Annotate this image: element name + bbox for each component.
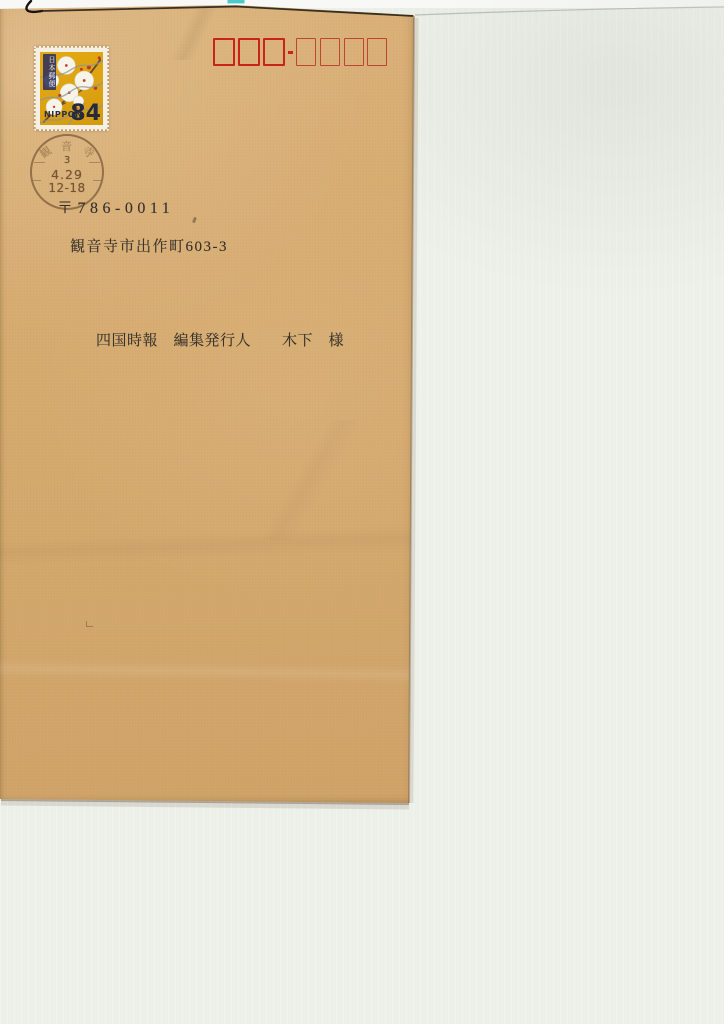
- stamp-denomination: 84: [70, 101, 101, 125]
- envelope-crease: [200, 420, 418, 540]
- postal-code-box: [263, 38, 285, 66]
- scanner-top-strip: [0, 0, 724, 8]
- recipient-line: 四国時報 編集発行人 木下 様: [96, 332, 344, 350]
- postmark-rule: [93, 180, 101, 181]
- postal-code-box: [344, 38, 364, 66]
- postmark-date: 4.29: [32, 167, 102, 182]
- envelope: 日本郵便 NIPPON 84 観 音 寺 3 4.29 12-18 〒786-0…: [0, 0, 418, 806]
- postal-code-frame: [213, 38, 391, 66]
- ink-speck: [86, 621, 93, 627]
- ink-speck: [192, 217, 197, 224]
- envelope-crease: [0, 635, 418, 705]
- postal-code-box: [296, 38, 316, 66]
- postmark-year: 3: [32, 155, 102, 166]
- postage-stamp: 日本郵便 NIPPON 84: [34, 46, 109, 131]
- postal-code-box: [213, 38, 235, 66]
- postmark-rule: [33, 180, 41, 181]
- postal-code-box: [238, 38, 260, 66]
- postal-code-hyphen: [288, 51, 293, 54]
- postal-code-text: 〒786-0011: [57, 199, 174, 218]
- postal-code-box: [367, 38, 387, 66]
- postmark-time: 12-18: [32, 181, 102, 195]
- postmark-office-char: 音: [61, 138, 72, 154]
- stamp-service-label: 日本郵便: [43, 54, 56, 90]
- address-line: 観音寺市出作町603-3: [70, 238, 228, 256]
- envelope-crease: [0, 495, 418, 595]
- postal-code-box: [320, 38, 340, 66]
- stamp-artwork: 日本郵便 NIPPON 84: [40, 52, 103, 125]
